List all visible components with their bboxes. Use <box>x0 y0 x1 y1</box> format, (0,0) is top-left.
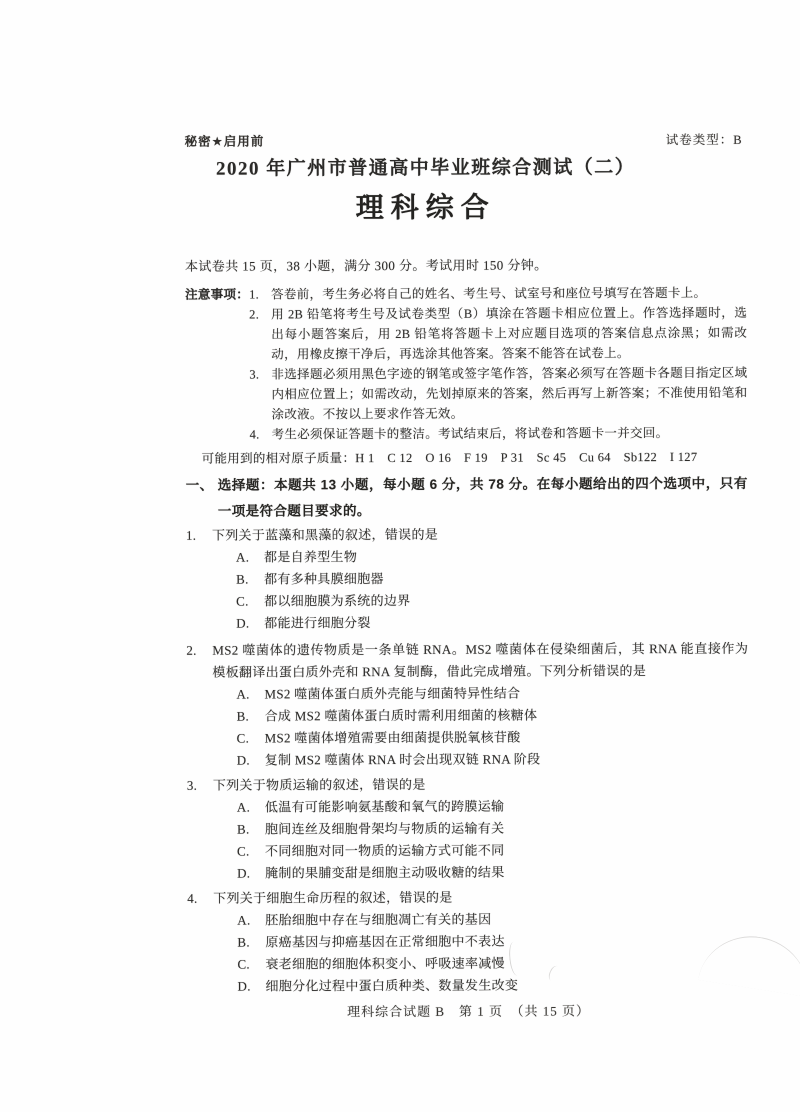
option-label: A. <box>236 683 264 705</box>
option-label: C. <box>237 953 265 975</box>
option-text: 复制 MS2 噬菌体 RNA 时会出现双链 RNA 阶段 <box>265 748 749 772</box>
option-row: B. 原癌基因与抑癌基因在正常细胞中不表达 <box>237 930 749 954</box>
option-label: A. <box>237 796 265 818</box>
option-label: C. <box>237 840 265 862</box>
notice-item-text: 用 2B 铅笔将考生号及试卷类型（B）填涂在答题卡相应位置上。作答选择题时，选出… <box>271 303 747 365</box>
option-row: A. MS2 噬菌体蛋白质外壳能与细菌特异性结合 <box>236 682 748 706</box>
question-1: 1. 下列关于蓝藻和黑藻的叙述，错误的是 A. 都是自养型生物 B. 都有多种具… <box>186 523 748 635</box>
exam-title: 2020 年广州市普通高中毕业班综合测试（二） <box>185 154 667 184</box>
option-label: A. <box>237 909 265 931</box>
option-row: D. 细胞分化过程中蛋白质种类、数量发生改变 <box>237 974 749 998</box>
option-row: D. 腌制的果脯变甜是细胞主动吸收糖的结果 <box>237 861 749 885</box>
option-label: C. <box>236 590 264 612</box>
option-text: 原癌基因与抑癌基因在正常细胞中不表达 <box>265 930 749 954</box>
option-row: B. 胞间连丝及细胞骨架均与物质的运输有关 <box>237 817 749 841</box>
question-2: 2. MS2 噬菌体的遗传物质是一条单链 RNA。MS2 噬菌体在侵染细菌后，其… <box>186 638 748 772</box>
question-number: 2. <box>186 640 212 684</box>
scanned-exam-page: 秘密★启用前 试卷类型：B 2020 年广州市普通高中毕业班综合测试（二） 理科… <box>0 0 800 1112</box>
paper-type-label: 试卷类型：B <box>666 130 747 148</box>
option-text: MS2 噬菌体蛋白质外壳能与细菌特异性结合 <box>264 682 748 706</box>
question-4: 4. 下列关于细胞生命历程的叙述，错误的是 A. 胚胎细胞中存在与细胞凋亡有关的… <box>187 886 749 998</box>
question-stem-row: 4. 下列关于细胞生命历程的叙述，错误的是 <box>187 886 749 910</box>
options-list: A. 胚胎细胞中存在与细胞凋亡有关的基因 B. 原癌基因与抑癌基因在正常细胞中不… <box>237 908 749 998</box>
section-heading: 一、 选择题：本题共 13 小题，每小题 6 分，共 78 分。在每小题给出的四… <box>186 471 748 525</box>
question-stem-row: 1. 下列关于蓝藻和黑藻的叙述，错误的是 <box>186 523 748 547</box>
option-label: B. <box>237 705 265 727</box>
option-text: 都是自养型生物 <box>264 545 748 569</box>
option-row: D. 都能进行细胞分裂 <box>236 611 748 635</box>
question-number: 4. <box>187 888 213 910</box>
section-heading-marker: 一、 <box>186 473 218 525</box>
option-row: B. 都有多种具膜细胞器 <box>236 567 748 591</box>
notice-item: 3. 非选择题必须用黑色字迹的钢笔或签字笔作答，答案必须写在答题卡各题目指定区域… <box>249 363 747 425</box>
notice-item-number: 2. <box>249 304 271 364</box>
option-text: 都有多种具膜细胞器 <box>264 567 748 591</box>
notice-item-number: 1. <box>249 284 271 304</box>
question-3: 3. 下列关于物质运输的叙述，错误的是 A. 低温有可能影响氨基酸和氧气的跨膜运… <box>187 773 749 885</box>
title-block: 2020 年广州市普通高中毕业班综合测试（二） 理科综合 <box>185 154 667 227</box>
notice-item: 1. 答卷前，考生务必将自己的姓名、考生号、试室号和座位号填写在答题卡上。 <box>249 283 747 305</box>
option-text: 细胞分化过程中蛋白质种类、数量发生改变 <box>265 974 749 998</box>
options-list: A. 低温有可能影响氨基酸和氧气的跨膜运输 B. 胞间连丝及细胞骨架均与物质的运… <box>237 795 749 885</box>
option-label: D. <box>237 975 265 997</box>
notice-items: 1. 答卷前，考生务必将自己的姓名、考生号、试室号和座位号填写在答题卡上。 2.… <box>249 283 748 445</box>
option-row: C. 都以细胞膜为系统的边界 <box>236 589 748 613</box>
option-row: C. MS2 噬菌体增殖需要由细菌提供脱氧核苷酸 <box>237 726 749 750</box>
option-text: 低温有可能影响氨基酸和氧气的跨膜运输 <box>265 795 749 819</box>
options-list: A. MS2 噬菌体蛋白质外壳能与细菌特异性结合 B. 合成 MS2 噬菌体蛋白… <box>236 682 748 772</box>
security-label: 秘密★启用前 <box>185 131 265 149</box>
options-list: A. 都是自养型生物 B. 都有多种具膜细胞器 C. 都以细胞膜为系统的边界 D… <box>236 545 748 635</box>
notice-item: 4. 考生必须保证答题卡的整洁。考试结束后，将试卷和答题卡一并交回。 <box>250 423 748 445</box>
notice-label: 注意事项： <box>185 285 250 445</box>
option-text: 不同细胞对同一物质的运输方式可能不同 <box>265 839 749 863</box>
option-text: 合成 MS2 噬菌体蛋白质时需利用细菌的核糖体 <box>265 704 749 728</box>
option-text: 胞间连丝及细胞骨架均与物质的运输有关 <box>265 817 749 841</box>
notice-item-number: 4. <box>250 424 272 444</box>
notice-block: 注意事项： 1. 答卷前，考生务必将自己的姓名、考生号、试室号和座位号填写在答题… <box>185 283 748 445</box>
notice-item-text: 考生必须保证答题卡的整洁。考试结束后，将试卷和答题卡一并交回。 <box>272 423 748 445</box>
exam-info-line: 本试卷共 15 页，38 小题，满分 300 分。考试用时 150 分钟。 <box>185 255 747 277</box>
question-number: 3. <box>187 775 213 797</box>
option-row: C. 不同细胞对同一物质的运输方式可能不同 <box>237 839 749 863</box>
question-stem: 下列关于细胞生命历程的叙述，错误的是 <box>213 886 749 910</box>
question-stem-row: 2. MS2 噬菌体的遗传物质是一条单链 RNA。MS2 噬菌体在侵染细菌后，其… <box>186 638 748 684</box>
option-row: A. 都是自养型生物 <box>236 545 748 569</box>
notice-item-number: 3. <box>249 364 271 424</box>
classification-row: 秘密★启用前 试卷类型：B <box>185 130 747 150</box>
option-label: B. <box>237 931 265 953</box>
question-number: 1. <box>186 525 212 547</box>
option-label: B. <box>237 818 265 840</box>
question-stem-row: 3. 下列关于物质运输的叙述，错误的是 <box>187 773 749 797</box>
option-row: A. 胚胎细胞中存在与细胞凋亡有关的基因 <box>237 908 749 932</box>
option-label: B. <box>236 568 264 590</box>
option-label: D. <box>237 862 265 884</box>
option-text: 腌制的果脯变甜是细胞主动吸收糖的结果 <box>265 861 749 885</box>
option-row: D. 复制 MS2 噬菌体 RNA 时会出现双链 RNA 阶段 <box>237 748 749 772</box>
question-stem: MS2 噬菌体的遗传物质是一条单链 RNA。MS2 噬菌体在侵染细菌后，其 RN… <box>212 638 748 684</box>
option-text: 都能进行细胞分裂 <box>264 611 748 635</box>
subject-title: 理科综合 <box>185 189 667 227</box>
option-text: 胚胎细胞中存在与细胞凋亡有关的基因 <box>265 908 749 932</box>
option-label: D. <box>236 612 264 634</box>
question-stem: 下列关于蓝藻和黑藻的叙述，错误的是 <box>212 523 748 547</box>
notice-item: 2. 用 2B 铅笔将考生号及试卷类型（B）填涂在答题卡相应位置上。作答选择题时… <box>249 303 747 365</box>
option-row: C. 衰老细胞的细胞体积变小、呼吸速率减慢 <box>237 952 749 976</box>
option-label: D. <box>237 749 265 771</box>
option-text: MS2 噬菌体增殖需要由细菌提供脱氧核苷酸 <box>265 726 749 750</box>
notice-item-text: 非选择题必须用黑色字迹的钢笔或签字笔作答，答案必须写在答题卡各题目指定区域内相应… <box>271 363 747 425</box>
option-label: C. <box>237 727 265 749</box>
option-label: A. <box>236 546 264 568</box>
page-content: 秘密★启用前 试卷类型：B 2020 年广州市普通高中毕业班综合测试（二） 理科… <box>0 0 800 1112</box>
question-stem: 下列关于物质运输的叙述，错误的是 <box>213 773 749 797</box>
option-text: 衰老细胞的细胞体积变小、呼吸速率减慢 <box>265 952 749 976</box>
section-heading-text: 选择题：本题共 13 小题，每小题 6 分，共 78 分。在每小题给出的四个选项… <box>218 471 748 525</box>
notice-item-text: 答卷前，考生务必将自己的姓名、考生号、试室号和座位号填写在答题卡上。 <box>271 283 747 305</box>
option-text: 都以细胞膜为系统的边界 <box>264 589 748 613</box>
page-footer: 理科综合试题 B 第 1 页 （共 15 页） <box>188 1000 750 1021</box>
option-row: B. 合成 MS2 噬菌体蛋白质时需利用细菌的核糖体 <box>237 704 749 728</box>
option-row: A. 低温有可能影响氨基酸和氧气的跨膜运输 <box>237 795 749 819</box>
atomic-mass-line: 可能用到的相对原子质量：H 1 C 12 O 16 F 19 P 31 Sc 4… <box>186 447 748 469</box>
